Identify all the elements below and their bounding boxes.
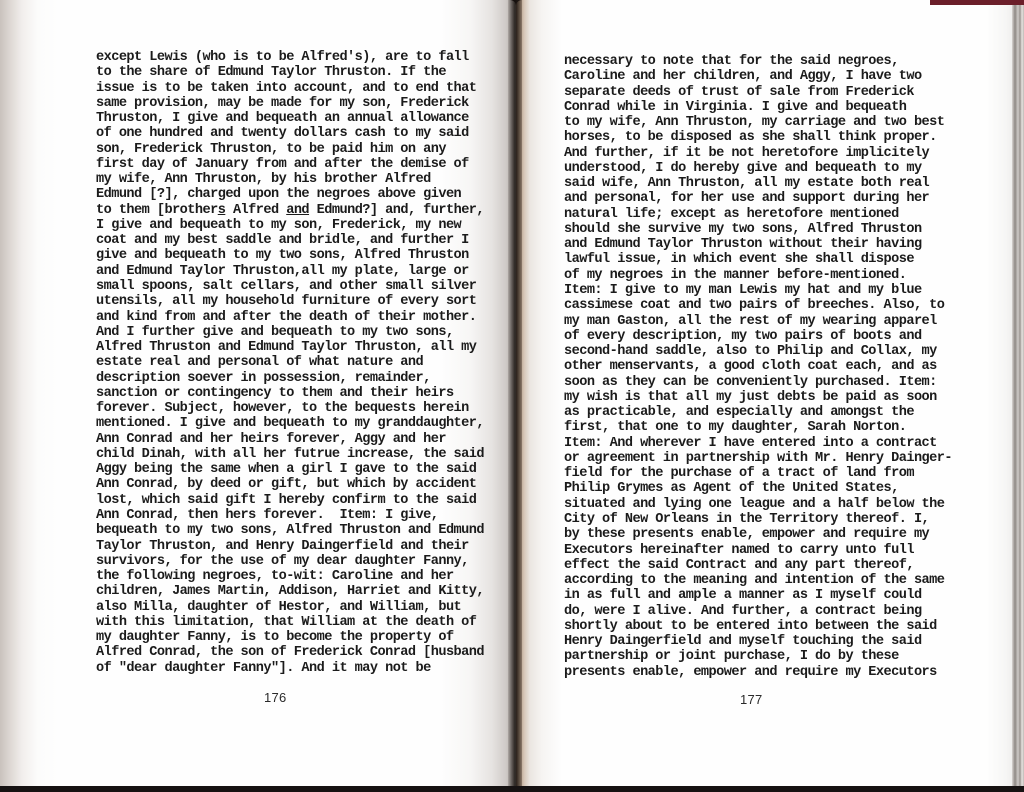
book-gutter: [508, 0, 522, 792]
text-line: necessary to note that for the said negr…: [564, 54, 952, 69]
text-line: Ann Conrad and her heirs forever, Aggy a…: [96, 432, 484, 447]
right-page-text: necessary to note that for the said negr…: [564, 54, 952, 680]
text-line: estate real and personal of what nature …: [96, 355, 484, 370]
text-line: mentioned. I give and bequeath to my gra…: [96, 416, 484, 431]
text-line: shortly about to be entered into between…: [564, 619, 952, 634]
text-line: and kind from and after the death of the…: [96, 310, 484, 325]
text-line: I give and bequeath to my son, Frederick…: [96, 218, 484, 233]
text-line: as practicable, and especially and among…: [564, 405, 952, 420]
book-spread: except Lewis (who is to be Alfred's), ar…: [0, 0, 1024, 792]
text-line: cassimese coat and two pairs of breeches…: [564, 298, 952, 313]
text-line: to them [brothers Alfred and Edmund?] an…: [96, 203, 484, 218]
text-line: same provision, may be made for my son, …: [96, 96, 484, 111]
text-line: or agreement in partnership with Mr. Hen…: [564, 451, 952, 466]
text-line: of one hundred and twenty dollars cash t…: [96, 126, 484, 141]
text-line: other menservants, a good cloth coat eac…: [564, 359, 952, 374]
text-line: give and bequeath to my two sons, Alfred…: [96, 248, 484, 263]
text-line: first day of January from and after the …: [96, 157, 484, 172]
text-line: partnership or joint purchase, I do by t…: [564, 649, 952, 664]
text-line: lawful issue, in which event she shall d…: [564, 252, 952, 267]
text-line: the following negroes, to-wit: Caroline …: [96, 569, 484, 584]
text-line: Ann Conrad, then hers forever. Item: I g…: [96, 508, 484, 523]
text-line: Thruston, I give and bequeath an annual …: [96, 111, 484, 126]
page-number-right: 177: [740, 692, 763, 707]
text-line: Item: I give to my man Lewis my hat and …: [564, 283, 952, 298]
text-line: effect the said Contract and any part th…: [564, 558, 952, 573]
text-line: natural life; except as heretofore menti…: [564, 207, 952, 222]
text-line: lost, which said gift I hereby confirm t…: [96, 493, 484, 508]
text-line: City of New Orleans in the Territory the…: [564, 512, 952, 527]
text-line: to my wife, Ann Thruston, my carriage an…: [564, 115, 952, 130]
text-line: of "dear daughter Fanny"]. And it may no…: [96, 661, 484, 676]
book-cover-edge: [930, 0, 1024, 5]
text-line: Ann Conrad, by deed or gift, but which b…: [96, 477, 484, 492]
text-line: said wife, Ann Thruston, all my estate b…: [564, 176, 952, 191]
text-line: Edmund [?], charged upon the negroes abo…: [96, 187, 484, 202]
text-line: second-hand saddle, also to Philip and C…: [564, 344, 952, 359]
page-number-left: 176: [264, 690, 287, 705]
text-line: And I further give and bequeath to my tw…: [96, 325, 484, 340]
text-line: child Dinah, with all her futrue increas…: [96, 447, 484, 462]
text-line: coat and my best saddle and bridle, and …: [96, 233, 484, 248]
text-line: according to the meaning and intention o…: [564, 573, 952, 588]
text-line: Caroline and her children, and Aggy, I h…: [564, 69, 952, 84]
text-line: issue is to be taken into account, and t…: [96, 81, 484, 96]
text-line: horses, to be disposed as she shall thin…: [564, 130, 952, 145]
text-line: utensils, all my household furniture of …: [96, 294, 484, 309]
text-line: first, that one to my daughter, Sarah No…: [564, 420, 952, 435]
text-line: and Edmund Taylor Thruston,all my plate,…: [96, 264, 484, 279]
text-line: of every description, my two pairs of bo…: [564, 329, 952, 344]
left-page-text: except Lewis (who is to be Alfred's), ar…: [96, 50, 484, 676]
text-line: soon as they can be conveniently purchas…: [564, 375, 952, 390]
text-line: my wish is that all my just debts be pai…: [564, 390, 952, 405]
text-line: small spoons, salt cellars, and other sm…: [96, 279, 484, 294]
text-line: and Edmund Taylor Thruston without their…: [564, 237, 952, 252]
text-line: also Milla, daughter of Hestor, and Will…: [96, 600, 484, 615]
text-line: do, were I alive. And further, a contrac…: [564, 604, 952, 619]
text-line: presents enable, empower and require my …: [564, 665, 952, 680]
text-line: son, Frederick Thruston, to be paid him …: [96, 142, 484, 157]
text-line: Executors hereinafter named to carry unt…: [564, 543, 952, 558]
text-line: field for the purchase of a tract of lan…: [564, 466, 952, 481]
page-stack-edge: [1012, 0, 1024, 792]
text-line: children, James Martin, Addison, Harriet…: [96, 584, 484, 599]
text-line: with this limitation, that William at th…: [96, 615, 484, 630]
text-line: should she survive my two sons, Alfred T…: [564, 222, 952, 237]
text-line: except Lewis (who is to be Alfred's), ar…: [96, 50, 484, 65]
text-line: to the share of Edmund Taylor Thruston. …: [96, 65, 484, 80]
text-line: forever. Subject, however, to the beques…: [96, 401, 484, 416]
text-line: description soever in possession, remain…: [96, 371, 484, 386]
text-line: by these presents enable, empower and re…: [564, 527, 952, 542]
text-line: Conrad while in Virginia. I give and beq…: [564, 100, 952, 115]
text-line: of my negroes in the manner before-menti…: [564, 268, 952, 283]
text-line: Alfred Thruston and Edmund Taylor Thrust…: [96, 340, 484, 355]
text-line: situated and lying one league and a half…: [564, 497, 952, 512]
text-line: in as full and ample a manner as I mysel…: [564, 588, 952, 603]
text-line: bequeath to my two sons, Alfred Thruston…: [96, 523, 484, 538]
text-line: sanction or contingency to them and thei…: [96, 386, 484, 401]
text-line: understood, I do hereby give and bequeat…: [564, 161, 952, 176]
text-line: Alfred Conrad, the son of Frederick Conr…: [96, 645, 484, 660]
bottom-shadow: [0, 786, 1024, 792]
text-line: my wife, Ann Thruston, by his brother Al…: [96, 172, 484, 187]
text-line: my man Gaston, all the rest of my wearin…: [564, 314, 952, 329]
text-line: Taylor Thruston, and Henry Daingerfield …: [96, 539, 484, 554]
text-line: Philip Grymes as Agent of the United Sta…: [564, 481, 952, 496]
text-line: separate deeds of trust of sale from Fre…: [564, 85, 952, 100]
text-line: survivors, for the use of my dear daught…: [96, 554, 484, 569]
text-line: Henry Daingerfield and myself touching t…: [564, 634, 952, 649]
text-line: And further, if it be not heretofore imp…: [564, 146, 952, 161]
text-line: my daughter Fanny, is to become the prop…: [96, 630, 484, 645]
text-line: Item: And wherever I have entered into a…: [564, 436, 952, 451]
text-line: Aggy being the same when a girl I gave t…: [96, 462, 484, 477]
text-line: and personal, for her use and support du…: [564, 191, 952, 206]
